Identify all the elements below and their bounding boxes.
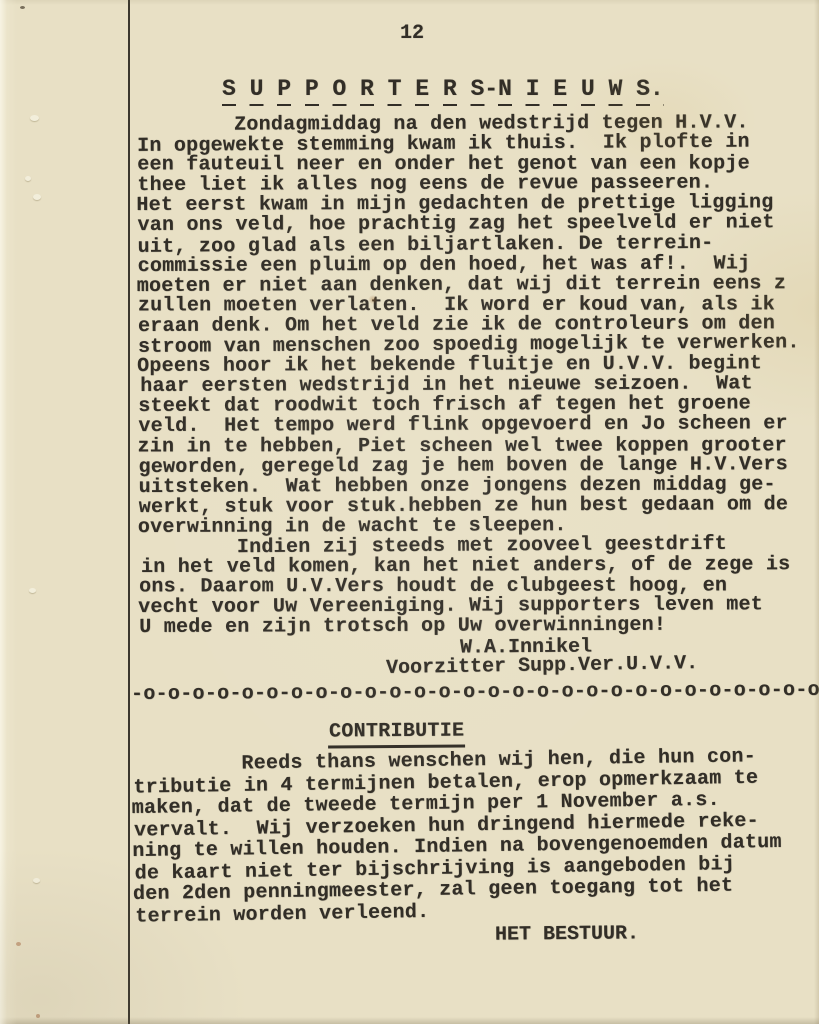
text-line: zin in te hebben, Piet scheen wel twee k…: [137, 436, 800, 457]
signature-role: Voorzitter Supp.Ver.U.V.V.: [386, 652, 698, 680]
section-divider: -o-o-o-o-o-o-o-o-o-o-o-o-o-o-o-o-o-o-o-o…: [131, 678, 819, 706]
binder-dent: [25, 176, 31, 181]
text-line: U mede en zijn trotsch op Uw overwinning…: [139, 615, 801, 638]
paper-speck: [20, 6, 25, 9]
text-line: zullen moeten verlaten. Ik word er koud …: [138, 295, 800, 316]
article1-title: S U P P O R T E R S-N I E U W S.: [222, 76, 664, 106]
binder-dent: [33, 194, 41, 200]
article2-body: Reeds thans wenschen wij hen, die hun co…: [131, 746, 783, 927]
paper-speck: [16, 942, 21, 946]
text-line: uit, zoo glad als een biljartlaken. De t…: [138, 233, 800, 258]
binder-dent: [30, 115, 39, 121]
closing-signature: HET BESTUUR.: [495, 922, 639, 946]
text-line: een fauteuil neer en onder het genot van…: [137, 154, 799, 175]
binder-dent: [33, 878, 40, 883]
binder-dent: [29, 588, 36, 593]
text-line: Indien zij steeds met zooveel geestdrift: [139, 534, 801, 559]
paper-speck: [36, 1014, 40, 1018]
text-line: stroom van menschen zoo spoedig mogelijk…: [138, 333, 800, 358]
article1-body: Zondagmiddag na den wedstrijd tegen H.V.…: [137, 113, 801, 638]
margin-rule-line: [128, 0, 130, 1024]
scanned-document-page: 12 S U P P O R T E R S-N I E U W S. Zond…: [0, 0, 819, 1024]
article2-title: CONTRIBUTIE: [328, 720, 466, 749]
text-line: ons. Daarom U.V.Vers houdt de clubgeest …: [139, 576, 801, 597]
page-number: 12: [400, 22, 424, 45]
